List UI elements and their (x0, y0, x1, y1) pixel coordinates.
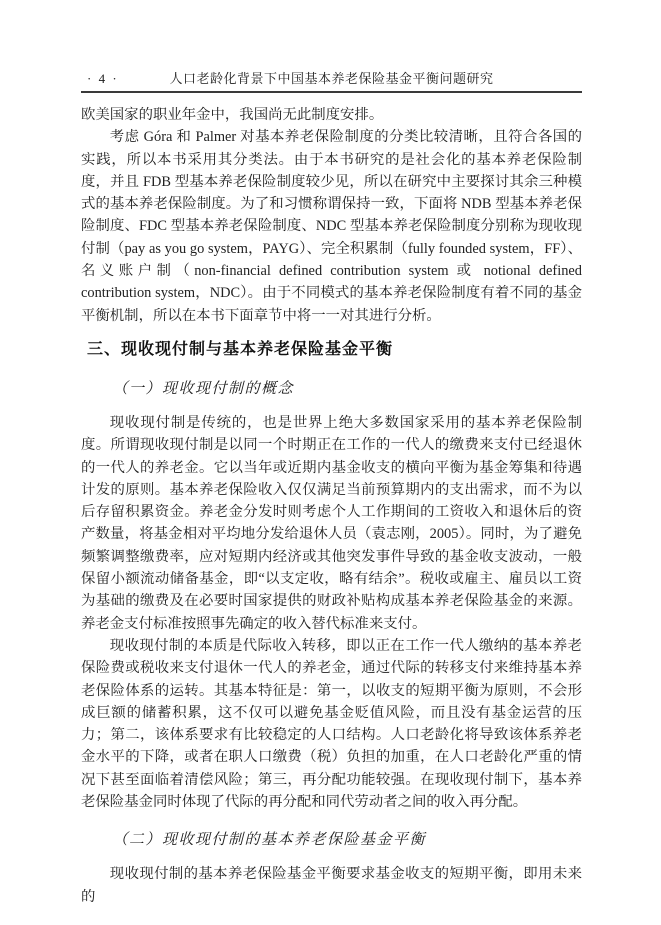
page-number: · 4 · (87, 70, 119, 88)
header-rule (81, 91, 582, 93)
subsection-heading-1: （一）现收现付制的概念 (81, 378, 582, 400)
page-body: 欧美国家的职业年金中，我国尚无此制度安排。 考虑 Góra 和 Palmer 对… (81, 104, 582, 908)
document-page: · 4 · 人口老龄化背景下中国基本养老保险基金平衡问题研究 欧美国家的职业年金… (0, 0, 661, 925)
paragraph: 考虑 Góra 和 Palmer 对基本养老保险制度的分类比较清晰，且符合各国的… (81, 126, 582, 327)
paragraph: 现收现付制是传统的，也是世界上绝大多数国家采用的基本养老保险制度。所谓现收现付制… (81, 412, 582, 635)
running-title: 人口老龄化背景下中国基本养老保险基金平衡问题研究 (81, 70, 582, 88)
paragraph: 现收现付制的本质是代际收入转移，即以正在工作一代人缴纳的基本养老保险费或税收来支… (81, 635, 582, 813)
paragraph: 现收现付制的基本养老保险基金平衡要求基金收支的短期平衡，即用未来的 (81, 863, 582, 908)
page-header: · 4 · 人口老龄化背景下中国基本养老保险基金平衡问题研究 (81, 70, 582, 88)
section-heading: 三、现收现付制与基本养老保险基金平衡 (81, 338, 582, 362)
subsection-heading-2: （二）现收现付制的基本养老保险基金平衡 (81, 829, 582, 851)
paragraph-continuation: 欧美国家的职业年金中，我国尚无此制度安排。 (81, 104, 582, 126)
